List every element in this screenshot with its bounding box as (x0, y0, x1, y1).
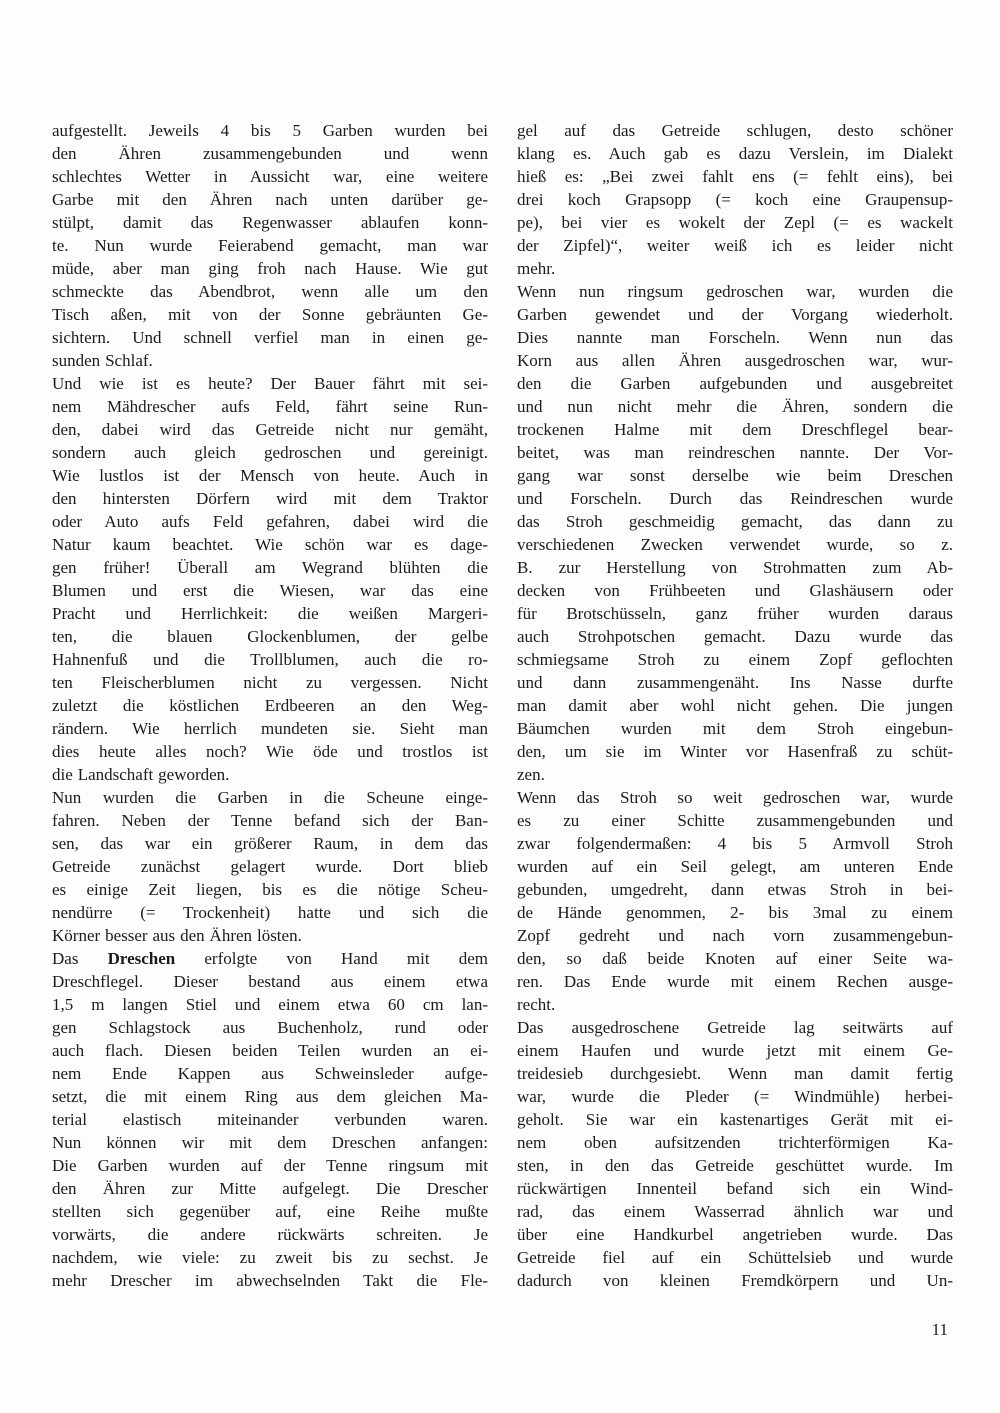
text-line: fahren. Neben der Tenne befand sich der … (52, 809, 488, 832)
text-line: sondern auch gleich gedroschen und gerei… (52, 441, 488, 464)
text-line: es einige Zeit liegen, bis es die nötige… (52, 878, 488, 901)
text-line: Das Dreschen erfolgte von Hand mit dem (52, 947, 488, 970)
text-line: Garbe mit den Ähren nach unten darüber g… (52, 188, 488, 211)
text-line: den die Garben aufgebunden und ausgebrei… (517, 372, 953, 395)
text-line: Wenn nun ringsum gedroschen war, wurden … (517, 280, 953, 303)
text-line: den, so daß beide Knoten auf einer Seite… (517, 947, 953, 970)
text-line: den, um sie im Winter vor Hasenfraß zu s… (517, 740, 953, 763)
text-line: drei koch Grapsopp (= koch eine Graupens… (517, 188, 953, 211)
text-line: nendürre (= Trockenheit) hatte und sich … (52, 901, 488, 924)
text-line: gang war sonst derselbe wie beim Dresche… (517, 464, 953, 487)
text-line: Garben gewendet und der Vorgang wiederho… (517, 303, 953, 326)
text-column-left: aufgestellt. Jeweils 4 bis 5 Garben wurd… (52, 119, 488, 1292)
text-line: gel auf das Getreide schlugen, desto sch… (517, 119, 953, 142)
text-line: vorwärts, die andere rückwärts schreiten… (52, 1223, 488, 1246)
text-line: B. zur Herstellung von Strohmatten zum A… (517, 556, 953, 579)
text-line: Zopf gedreht und nach vorn zusammengebun… (517, 924, 953, 947)
text-line: auch flach. Diesen beiden Teilen wurden … (52, 1039, 488, 1062)
two-column-text: aufgestellt. Jeweils 4 bis 5 Garben wurd… (52, 119, 953, 1292)
text-line: Korn aus allen Ähren ausgedroschen war, … (517, 349, 953, 372)
text-line: man damit aber wohl nicht gehen. Die jun… (517, 694, 953, 717)
text-line: Wenn das Stroh so weit gedroschen war, w… (517, 786, 953, 809)
text-line: schlechtes Wetter in Aussicht war, eine … (52, 165, 488, 188)
text-line: und Forscheln. Durch das Reindreschen wu… (517, 487, 953, 510)
text-line: Dies nannte man Forscheln. Wenn nun das (517, 326, 953, 349)
text-line: 1,5 m langen Stiel und einem etwa 60 cm … (52, 993, 488, 1016)
text-line: Blumen und erst die Wiesen, war das eine (52, 579, 488, 602)
text-line: verschiedenen Zwecken verwendet wurde, s… (517, 533, 953, 556)
text-line: Pracht und Herrlichkeit: die weißen Marg… (52, 602, 488, 625)
text-line: zen. (517, 763, 953, 786)
text-line: rad, das einem Wasserrad ähnlich war und (517, 1200, 953, 1223)
text-line: pe), bei vier es wokelt der Zepl (= es w… (517, 211, 953, 234)
text-line: den hintersten Dörfern wird mit dem Trak… (52, 487, 488, 510)
text-line: müde, aber man ging froh nach Hause. Wie… (52, 257, 488, 280)
text-line: nem oben aufsitzenden trichterförmigen K… (517, 1131, 953, 1154)
text-line: den Ähren zur Mitte aufgelegt. Die Dresc… (52, 1177, 488, 1200)
text-line: rändern. Wie herrlich mundeten sie. Sieh… (52, 717, 488, 740)
text-line: Hahnenfuß und die Trollblumen, auch die … (52, 648, 488, 671)
text-line: mehr. (517, 257, 953, 280)
text-line: über eine Handkurbel angetrieben wurde. … (517, 1223, 953, 1246)
page-number: 11 (932, 1318, 948, 1341)
text-line: und nun nicht mehr die Ähren, sondern di… (517, 395, 953, 418)
text-line: schmiegsame Stroh zu einem Zopf geflocht… (517, 648, 953, 671)
text-line: ten, die blauen Glockenblumen, der gelbe (52, 625, 488, 648)
book-page: aufgestellt. Jeweils 4 bis 5 Garben wurd… (0, 0, 1000, 1413)
text-line: ten Fleischerblumen nicht zu vergessen. … (52, 671, 488, 694)
text-line: auch Strohpotschen gemacht. Dazu wurde d… (517, 625, 953, 648)
text-line: recht. (517, 993, 953, 1016)
text-line: nachdem, wie viele: zu zweit bis zu sech… (52, 1246, 488, 1269)
text-line: mehr Drescher im abwechselnden Takt die … (52, 1269, 488, 1292)
text-line: und dann zusammengenäht. Ins Nasse durft… (517, 671, 953, 694)
text-line: rückwärtigen Innenteil befand sich ein W… (517, 1177, 953, 1200)
text-line: trockenen Halme mit dem Dreschflegel bea… (517, 418, 953, 441)
text-line: einem Haufen und wurde jetzt mit einem G… (517, 1039, 953, 1062)
text-line: der Zipfel)“, weiter weiß ich es leider … (517, 234, 953, 257)
text-line: Natur kaum beachtet. Wie schön war es da… (52, 533, 488, 556)
text-line: gen Schlagstock aus Buchenholz, rund ode… (52, 1016, 488, 1039)
text-line: Tisch aßen, mit von der Sonne gebräunten… (52, 303, 488, 326)
text-line: wurden auf ein Seil gelegt, am unteren E… (517, 855, 953, 878)
text-line: zuletzt die köstlichen Erdbeeren an den … (52, 694, 488, 717)
text-line: aufgestellt. Jeweils 4 bis 5 Garben wurd… (52, 119, 488, 142)
text-line: Wie lustlos ist der Mensch von heute. Au… (52, 464, 488, 487)
text-line: Getreide fiel auf ein Schüttelsieb und w… (517, 1246, 953, 1269)
text-line: stellten sich gegenüber auf, eine Reihe … (52, 1200, 488, 1223)
text-line: setzt, die mit einem Ring aus dem gleich… (52, 1085, 488, 1108)
bold-term: Dreschen (108, 949, 176, 968)
text-line: stülpt, damit das Regenwasser ablaufen k… (52, 211, 488, 234)
text-line: für Brotschüsseln, ganz früher wurden da… (517, 602, 953, 625)
text-line: sten, in den das Getreide geschüttet wur… (517, 1154, 953, 1177)
text-line: zwar folgendermaßen: 4 bis 5 Armvoll Str… (517, 832, 953, 855)
text-line: klang es. Auch gab es dazu Verslein, im … (517, 142, 953, 165)
text-line: gebunden, umgedreht, dann etwas Stroh in… (517, 878, 953, 901)
text-line: treidesieb durchgesiebt. Wenn man damit … (517, 1062, 953, 1085)
text-line: sen, das war ein größerer Raum, in dem d… (52, 832, 488, 855)
text-line: dies heute alles noch? Wie öde und trost… (52, 740, 488, 763)
text-line: dadurch von kleinen Fremdkörpern und Un- (517, 1269, 953, 1292)
text-line: beitet, was man reindreschen nannte. Der… (517, 441, 953, 464)
text-line: hieß es: „Bei zwei fahlt ens (= fehlt ei… (517, 165, 953, 188)
text-line: te. Nun wurde Feierabend gemacht, man wa… (52, 234, 488, 257)
text-line: nem Ende Kappen aus Schweinsleder aufge- (52, 1062, 488, 1085)
text-line: Bäumchen wurden mit dem Stroh eingebun- (517, 717, 953, 740)
text-line: de Hände genommen, 2- bis 3mal zu einem (517, 901, 953, 924)
text-line: Dreschflegel. Dieser bestand aus einem e… (52, 970, 488, 993)
text-line: Nun können wir mit dem Dreschen anfangen… (52, 1131, 488, 1154)
text-line: decken von Frühbeeten und Glashäusern od… (517, 579, 953, 602)
text-line: schmeckte das Abendbrot, wenn alle um de… (52, 280, 488, 303)
text-line: Das ausgedroschene Getreide lag seitwärt… (517, 1016, 953, 1039)
text-line: Nun wurden die Garben in die Scheune ein… (52, 786, 488, 809)
text-line: ren. Das Ende wurde mit einem Rechen aus… (517, 970, 953, 993)
text-line: geholt. Sie war ein kastenartiges Gerät … (517, 1108, 953, 1131)
text-line: sunden Schlaf. (52, 349, 488, 372)
text-line: sichtern. Und schnell verfiel man in ein… (52, 326, 488, 349)
text-line: gen früher! Überall am Wegrand blühten d… (52, 556, 488, 579)
text-column-right: gel auf das Getreide schlugen, desto sch… (517, 119, 953, 1292)
text-line: Getreide zunächst gelagert wurde. Dort b… (52, 855, 488, 878)
text-line: Und wie ist es heute? Der Bauer fährt mi… (52, 372, 488, 395)
text-line: es zu einer Schitte zusammengebunden und (517, 809, 953, 832)
text-line: die Landschaft geworden. (52, 763, 488, 786)
text-line: das Stroh geschmeidig gemacht, das dann … (517, 510, 953, 533)
text-line: nem Mähdrescher aufs Feld, fährt seine R… (52, 395, 488, 418)
text-line: den Ähren zusammengebunden und wenn (52, 142, 488, 165)
text-line: Die Garben wurden auf der Tenne ringsum … (52, 1154, 488, 1177)
text-line: war, wurde die Pleder (= Windmühle) herb… (517, 1085, 953, 1108)
text-line: den, dabei wird das Getreide nicht nur g… (52, 418, 488, 441)
text-line: Körner besser aus den Ähren lösten. (52, 924, 488, 947)
text-line: oder Auto aufs Feld gefahren, dabei wird… (52, 510, 488, 533)
text-line: terial elastisch miteinander verbunden w… (52, 1108, 488, 1131)
